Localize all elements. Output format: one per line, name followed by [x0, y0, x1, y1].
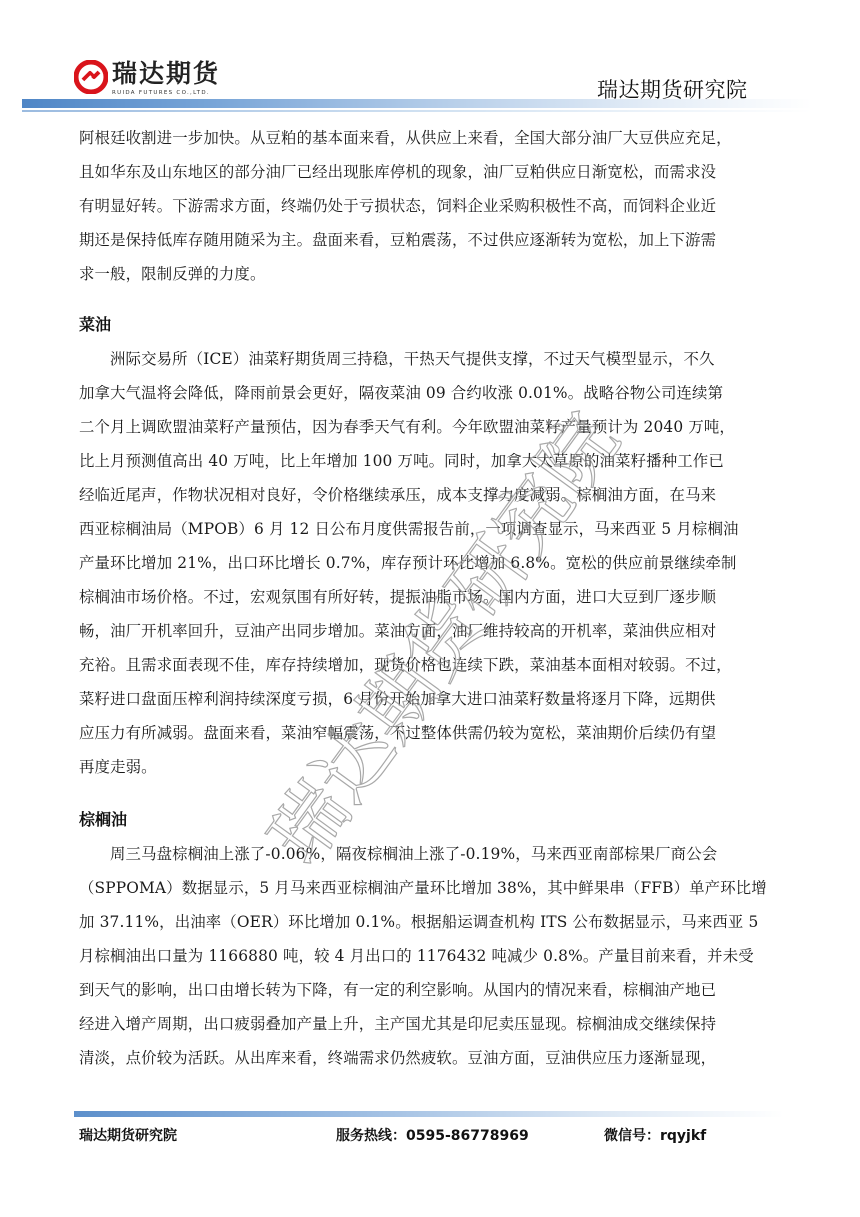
paragraph-line: 应压力有所减弱。盘面来看，菜油窄幅震荡，不过整体供需仍较为宽松，菜油期价后续仍有…: [79, 723, 782, 743]
paragraph-line: 有明显好转。下游需求方面，终端仍处于亏损状态，饲料企业采购积极性不高，而饲料企业…: [79, 196, 782, 216]
paragraph-line: 加拿大气温将会降低，降雨前景会更好，隔夜菜油 09 合约收涨 0.01%。战略谷…: [79, 383, 782, 403]
paragraph-line: 洲际交易所（ICE）油菜籽期货周三持稳，干热天气提供支撑，不过天气模型显示，不久: [110, 349, 782, 369]
paragraph-line: 西亚棕榈油局（MPOB）6 月 12 日公布月度供需报告前，一项调查显示，马来西…: [79, 519, 782, 539]
paragraph-line: 棕榈油市场价格。不过，宏观氛围有所好转，提振油脂市场。国内方面，进口大豆到厂逐步…: [79, 587, 782, 607]
ruida-logo-icon: [74, 60, 108, 94]
paragraph-line: 经进入增产周期，出口疲弱叠加产量上升，主产国尤其是印尼卖压显现。棕榈油成交继续保…: [79, 1014, 782, 1034]
company-logo: 瑞达期货 RUIDA FUTURES CO.,LTD.: [74, 60, 220, 100]
paragraph-line: 到天气的影响，出口由增长转为下降，有一定的利空影响。从国内的情况来看，棕榈油产地…: [79, 980, 782, 1000]
paragraph-line: （SPPOMA）数据显示，5 月马来西亚棕榈油产量环比增加 38%，其中鲜果串（…: [79, 878, 782, 898]
page-header: 瑞达期货 RUIDA FUTURES CO.,LTD. 瑞达期货研究院: [0, 0, 860, 115]
logo-english-name: RUIDA FUTURES CO.,LTD.: [112, 89, 220, 97]
paragraph-line: 清淡，点价较为活跃。从出库来看，终端需求仍然疲软。豆油方面，豆油供应压力逐渐显现…: [79, 1048, 782, 1068]
paragraph-line: 周三马盘棕榈油上涨了-0.06%，隔夜棕榈油上涨了-0.19%，马来西亚南部棕果…: [110, 844, 782, 864]
paragraph-line: 求一般，限制反弹的力度。: [79, 264, 782, 284]
footer-wechat: 微信号：rqyjkf: [604, 1125, 706, 1145]
paragraph-line: 月棕榈油出口量为 1166880 吨，较 4 月出口的 1176432 吨减少 …: [79, 946, 782, 966]
section-heading-palm-oil: 棕榈油: [79, 810, 127, 830]
header-divider: [22, 110, 812, 112]
paragraph-line: 阿根廷收割进一步加快。从豆粕的基本面来看，从供应上来看，全国大部分油厂大豆供应充…: [79, 128, 782, 148]
paragraph-line: 畅，油厂开机率回升，豆油产出同步增加。菜油方面，油厂维持较高的开机率，菜油供应相…: [79, 621, 782, 641]
paragraph-line: 期还是保持低库存随用随采为主。盘面来看，豆粕震荡，不过供应逐渐转为宽松，加上下游…: [79, 230, 782, 250]
paragraph-line: 产量环比增加 21%，出口环比增长 0.7%，库存预计环比增加 6.8%。宽松的…: [79, 553, 782, 573]
footer-org-name: 瑞达期货研究院: [79, 1125, 177, 1145]
paragraph-line: 加 37.11%，出油率（OER）环比增加 0.1%。根据船运调查机构 ITS …: [79, 912, 782, 932]
logo-chinese-name: 瑞达期货: [112, 60, 220, 88]
header-gradient-bar: [22, 99, 812, 108]
paragraph-line: 菜籽进口盘面压榨利润持续深度亏损，6 月份开始加拿大进口油菜籽数量将逐月下降，远…: [79, 689, 782, 709]
paragraph-line: 经临近尾声，作物状况相对良好，令价格继续承压，成本支撑力度减弱。棕榈油方面，在马…: [79, 485, 782, 505]
paragraph-line: 且如华东及山东地区的部分油厂已经出现胀库停机的现象，油厂豆粕供应日渐宽松，而需求…: [79, 162, 782, 182]
footer-hotline: 服务热线：0595-86778969: [336, 1125, 529, 1145]
paragraph-line: 二个月上调欧盟油菜籽产量预估，因为春季天气有利。今年欧盟油菜籽产量预计为 204…: [79, 417, 782, 437]
paragraph-line: 再度走弱。: [79, 757, 782, 777]
paragraph-line: 充裕。且需求面表现不佳，库存持续增加，现货价格也连续下跌，菜油基本面相对较弱。不…: [79, 655, 782, 675]
section-heading-rapeseed-oil: 菜油: [79, 315, 111, 335]
footer-gradient-bar: [74, 1111, 784, 1117]
paragraph-line: 比上月预测值高出 40 万吨，比上年增加 100 万吨。同时，加拿大大草原的油菜…: [79, 451, 782, 471]
